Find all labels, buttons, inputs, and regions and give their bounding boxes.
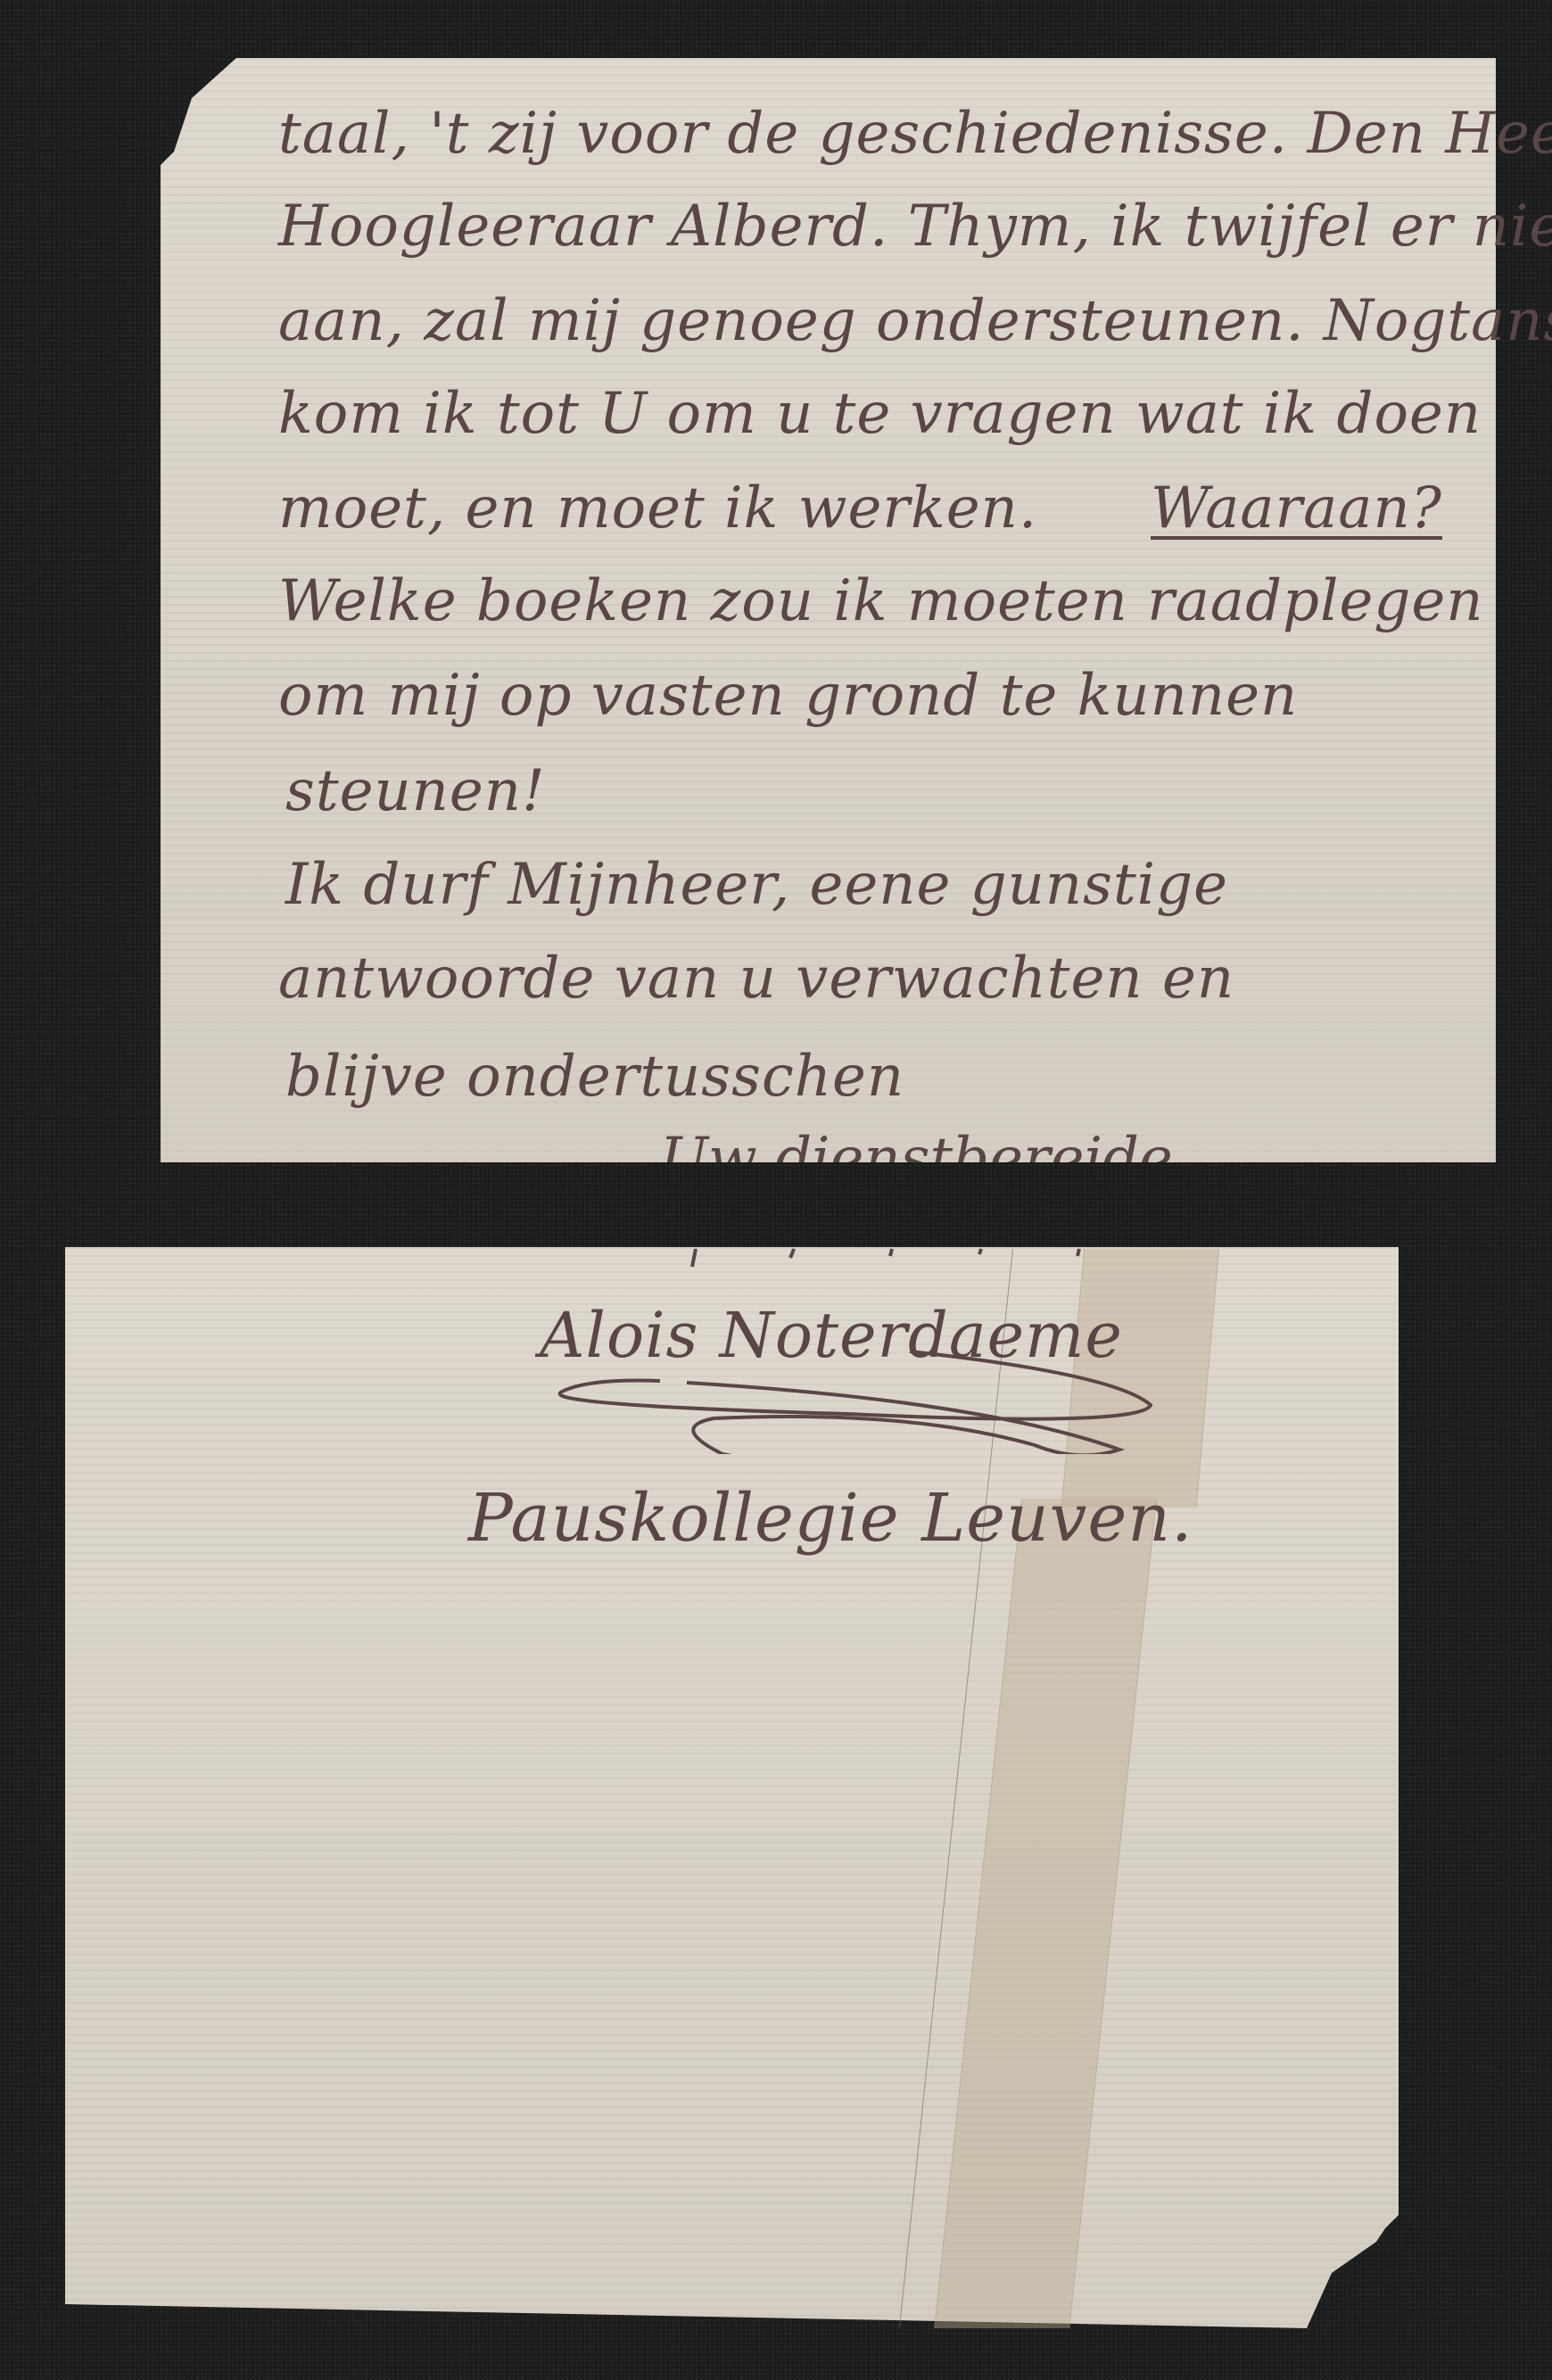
letter-word-waaraan: Waaraan? <box>1151 480 1442 537</box>
signature-flourish-icon <box>535 1338 1160 1454</box>
letter-line-2: Hoogleeraar Alberd. Thym, ik twijfel er … <box>278 198 1552 255</box>
letter-line-7: om mij op vasten grond te kunnen <box>278 667 1298 724</box>
letter-line-3: aan, zal mij genoeg ondersteunen. Nogtan… <box>278 293 1552 350</box>
letter-line-1: taal, 't zij voor de geschiedenisse. Den… <box>278 105 1552 162</box>
letter-line-6: Welke boeken zou ik moeten raadplegen <box>278 573 1483 630</box>
letter-line-8: steunen! <box>285 763 546 820</box>
letter-line-10: antwoorde van u verwachten en <box>278 950 1234 1007</box>
closing-text: Uw dienstbereide <box>660 1126 1173 1162</box>
letter-line-11: blijve ondertusschen <box>285 1048 904 1105</box>
letter-line-9: Ik durf Mijnheer, eene gunstige <box>285 856 1228 913</box>
letter-line-5: moet, en moet ik werken. <box>278 480 1037 537</box>
letter-closing-cutoff: Uw dienstbereide <box>660 1126 1173 1162</box>
letter-line-4: kom ik tot U om u te vragen wat ik doen <box>278 385 1482 442</box>
closing-descenders-icon <box>660 1247 1195 1283</box>
address-line: Pauskollegie Leuven. <box>468 1485 1193 1551</box>
